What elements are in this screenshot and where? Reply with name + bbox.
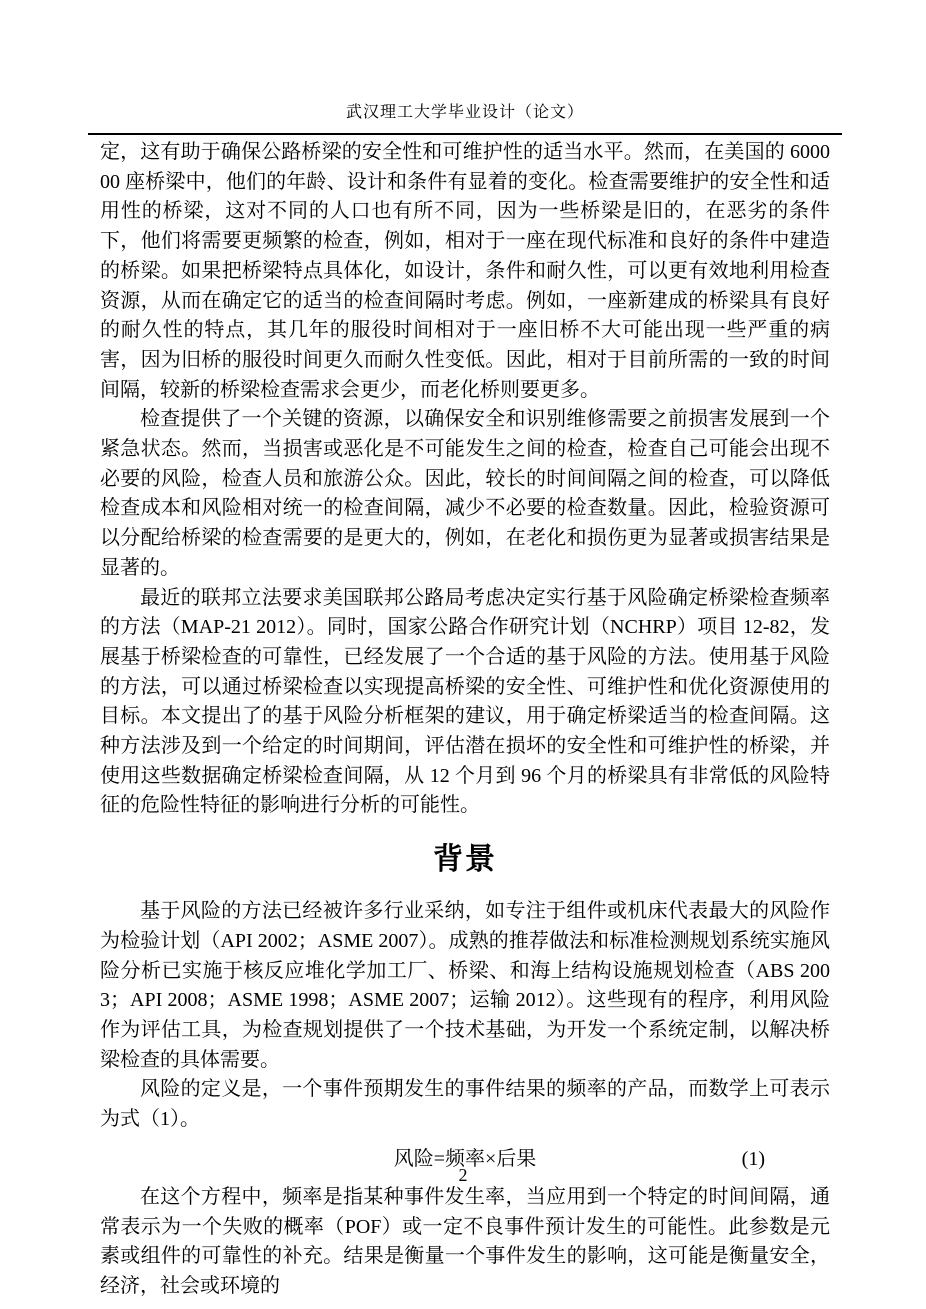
paragraph-federal-legislation: 最近的联邦立法要求美国联邦公路局考虑决定实行基于风险确定桥梁检查频率的方法（MA…	[100, 584, 830, 822]
section-heading-background: 背景	[100, 837, 830, 883]
document-page: 武汉理工大学毕业设计（论文） 定，这有助于确保公路桥梁的安全性和可维护性的适当水…	[0, 0, 926, 1309]
paragraph-risk-definition: 风险的定义是，一个事件预期发生的事件结果的频率的产品，而数学上可表示为式（1）。	[100, 1075, 830, 1134]
header-title: 武汉理工大学毕业设计（论文）	[346, 104, 584, 121]
page-footer: 2	[0, 1163, 926, 1187]
page-header: 武汉理工大学毕业设计（论文）	[88, 102, 842, 124]
page-number: 2	[459, 1165, 468, 1185]
paragraph-intro-continuation: 定，这有助于确保公路桥梁的安全性和可维护性的适当水平。然而，在美国的 60000…	[100, 138, 830, 405]
paragraph-inspection-resource: 检查提供了一个关键的资源，以确保安全和识别维修需要之前损害发展到一个紧急状态。然…	[100, 405, 830, 583]
header-rule	[88, 133, 842, 135]
document-body: 定，这有助于确保公路桥梁的安全性和可维护性的适当水平。然而，在美国的 60000…	[100, 138, 830, 1302]
paragraph-frequency-explanation: 在这个方程中，频率是指某种事件发生率，当应用到一个特定的时间间隔，通常表示为一个…	[100, 1183, 830, 1302]
paragraph-risk-methods-industries: 基于风险的方法已经被许多行业采纳，如专注于组件或机床代表最大的风险作为检验计划（…	[100, 897, 830, 1075]
